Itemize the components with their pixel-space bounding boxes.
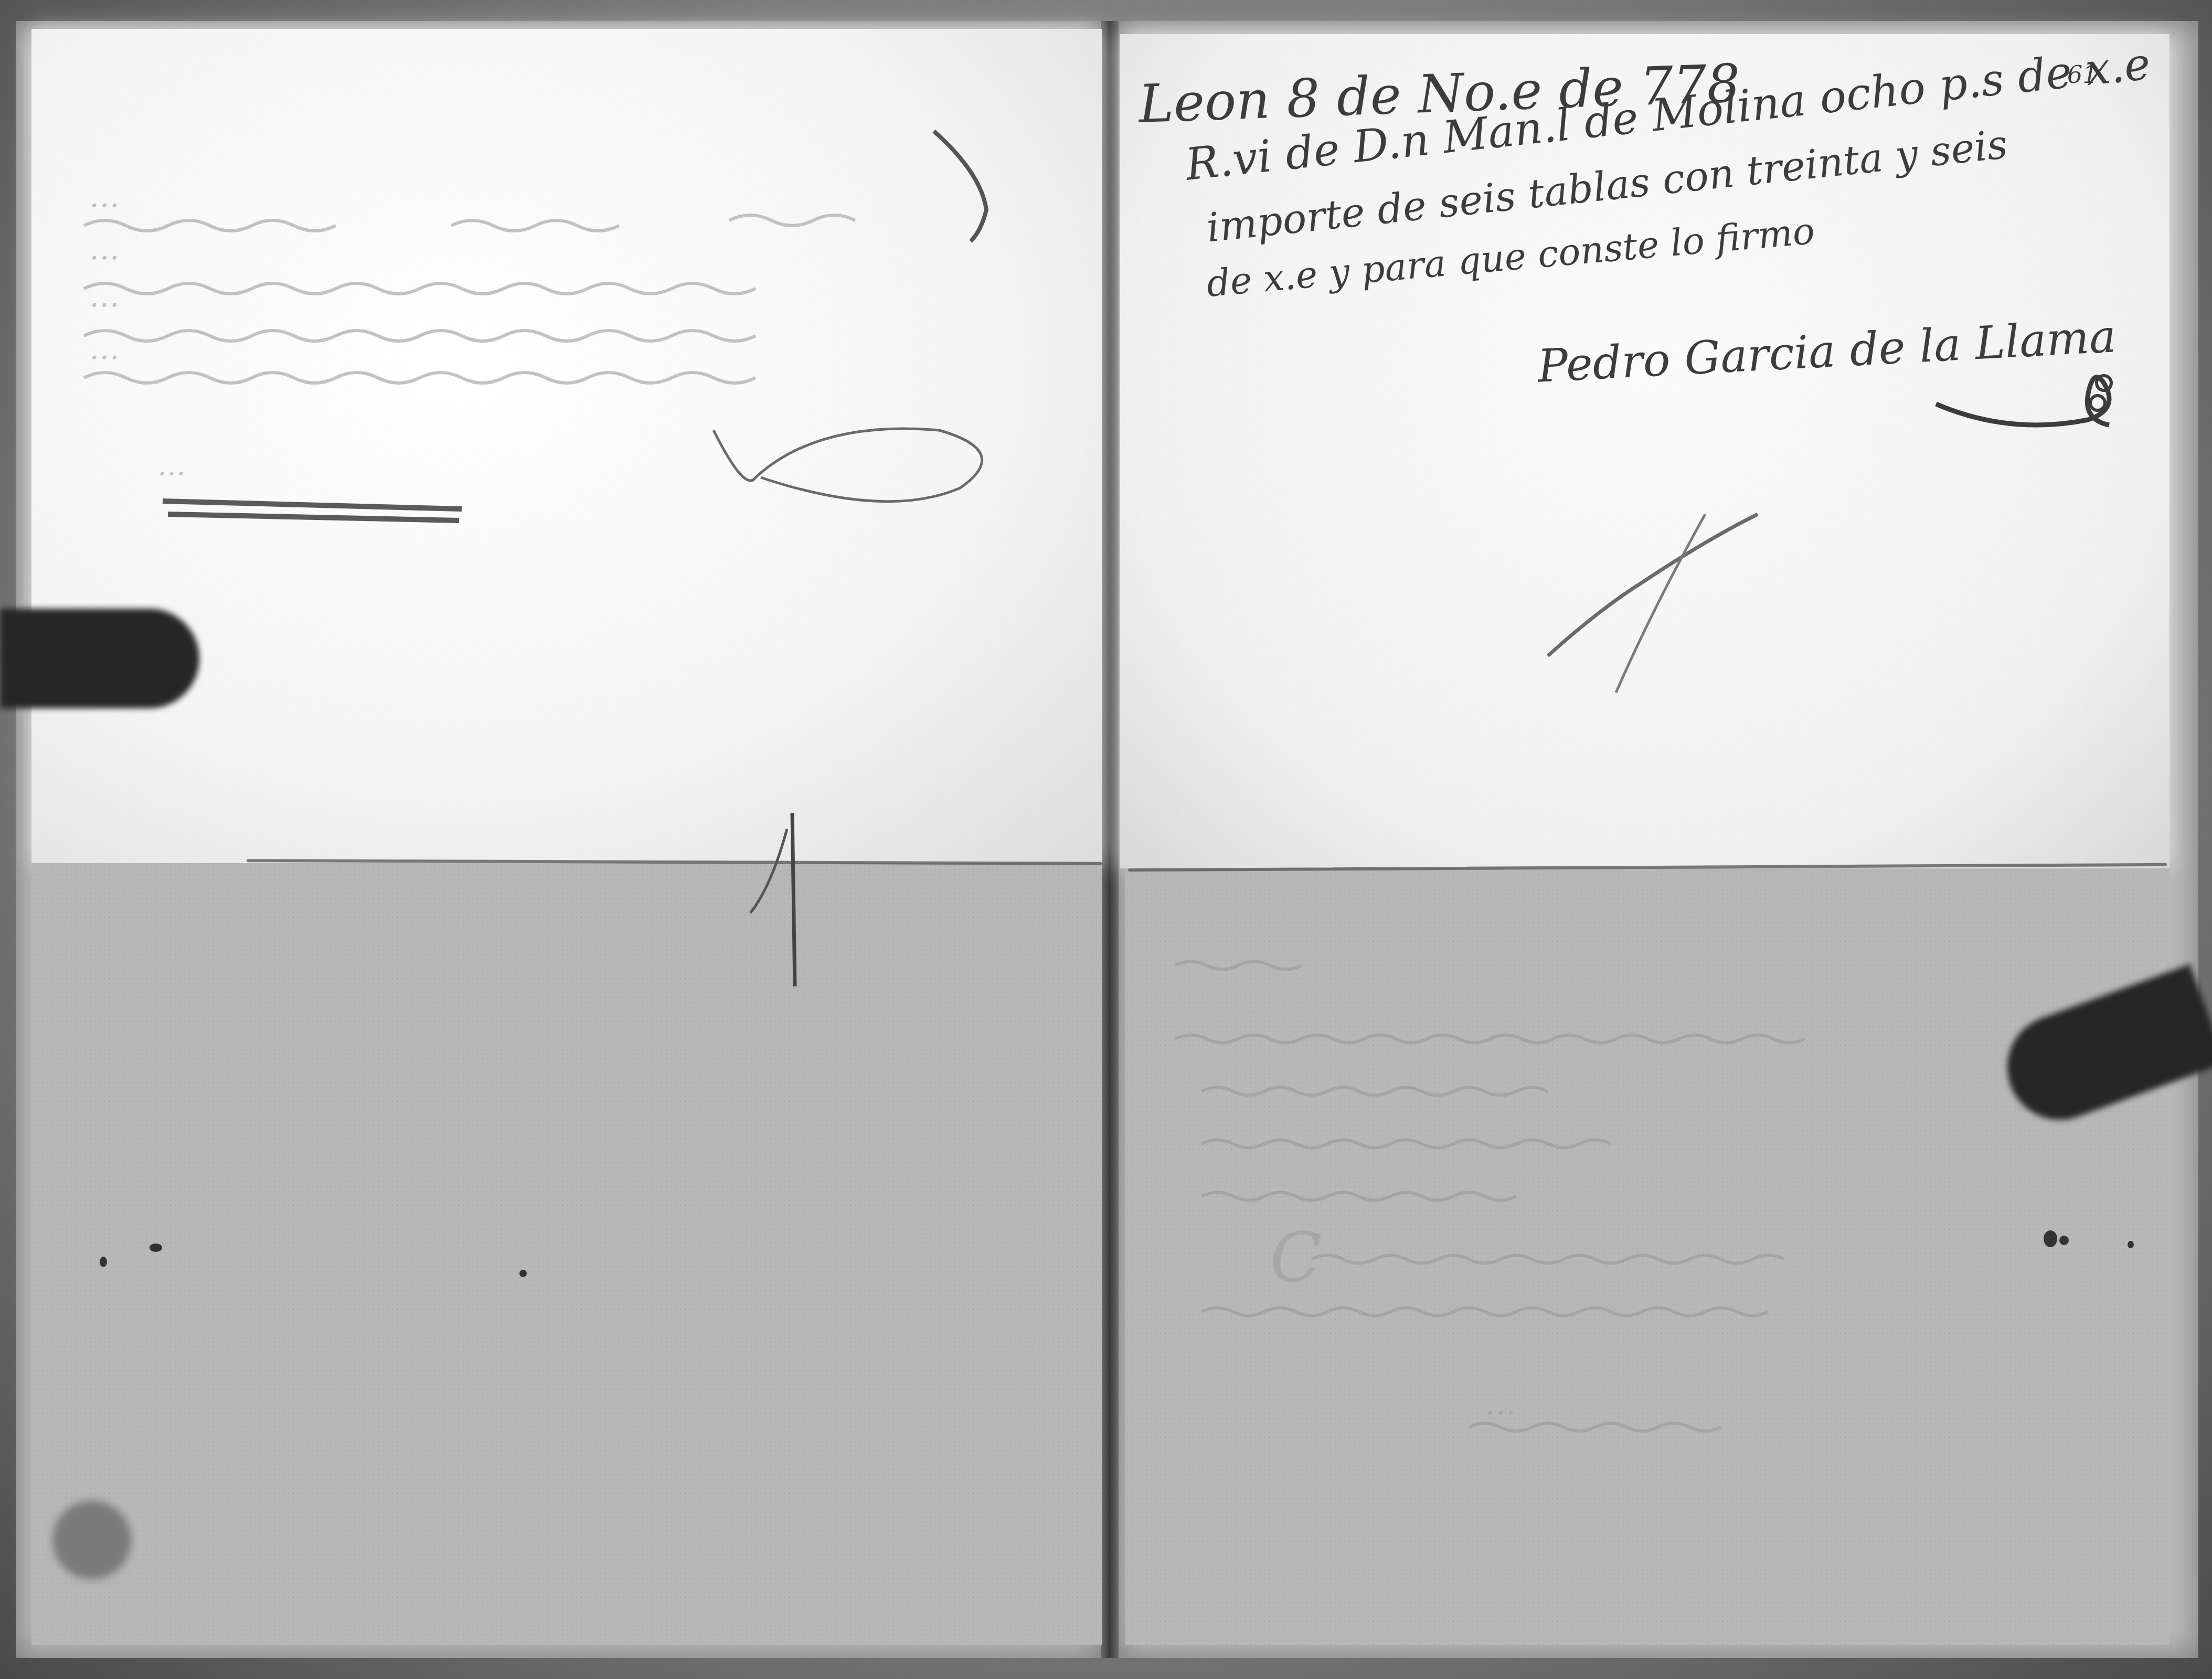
left-finger-shadow: [0, 609, 199, 708]
double-underline-and-flourish: [152, 409, 992, 567]
left-lower-sheet: [31, 863, 1102, 1645]
book-gutter: [1101, 21, 1119, 1658]
faded-signature: …: [1485, 1385, 1516, 1422]
cross-mark-icon: [1537, 504, 1779, 698]
ink-speck: [2059, 1236, 2069, 1245]
signature-flourish-icon: [1931, 362, 2130, 441]
ink-speck: [150, 1244, 162, 1252]
vertical-mark-icon: [735, 808, 808, 997]
ink-speck: [2044, 1230, 2057, 1247]
ink-speck: [519, 1270, 527, 1277]
faded-bleedthrough-text: [47, 37, 1044, 404]
water-stain: [52, 1501, 131, 1579]
ink-speck: [100, 1257, 107, 1267]
ink-speck: [2128, 1241, 2134, 1248]
faded-lower-text: [1154, 902, 2151, 1480]
